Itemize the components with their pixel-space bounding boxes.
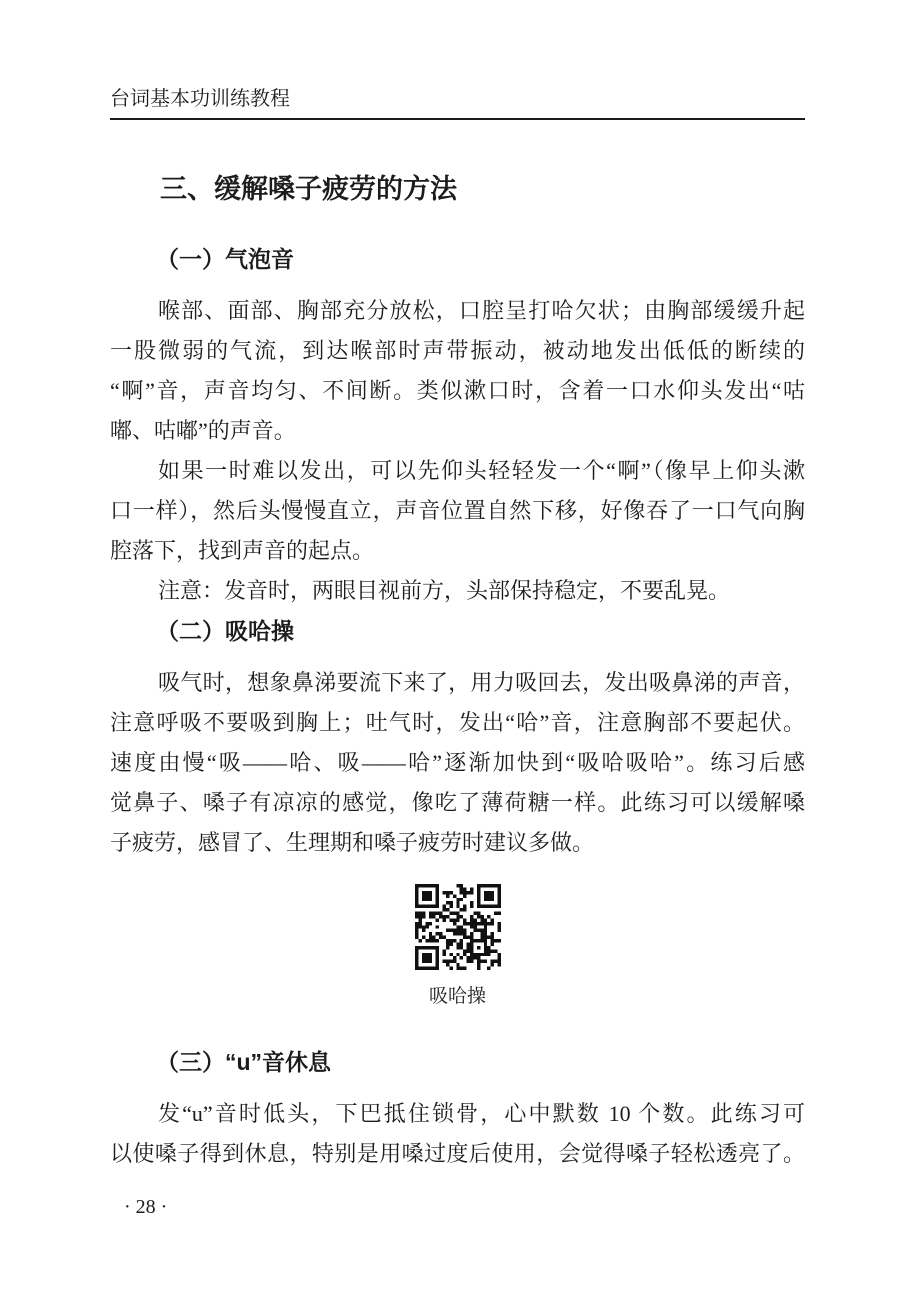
text-line: 吸气时，想象鼻涕要流下来了，用力吸回去，发出吸鼻涕的声音， [110,663,805,703]
text-line: 觉鼻子、嗓子有凉凉的感觉，像吃了薄荷糖一样。此练习可以缓解嗓 [110,783,805,823]
text-line: 腔落下，找到声音的起点。 [110,531,805,571]
section-heading-3: （三）“u”音休息 [110,1048,805,1076]
document-page: 台词基本功训练教程 三、缓解嗓子疲劳的方法 （一）气泡音 喉部、面部、胸部充分放… [0,0,924,1291]
page-number: · 28 · [110,1196,805,1218]
running-header-title: 台词基本功训练教程 [110,88,290,110]
text-line: 子疲劳，感冒了、生理期和嗓子疲劳时建议多做。 [110,823,805,863]
section-heading-1: （一）气泡音 [110,245,805,273]
text-line: 速度由慢“吸——哈、吸——哈”逐渐加快到“吸哈吸哈”。练习后感 [110,743,805,783]
text-line: 如果一时难以发出，可以先仰头轻轻发一个“啊”（像早上仰头漱 [110,451,805,491]
qr-code [415,884,501,970]
text-line: 以使嗓子得到休息，特别是用嗓过度后使用，会觉得嗓子轻松透亮了。 [110,1134,805,1174]
text-line: 注意呼吸不要吸到胸上；吐气时，发出“哈”音，注意胸部不要起伏。 [110,703,805,743]
chapter-title: 三、缓解嗓子疲劳的方法 [110,172,805,206]
text-line: 嘟、咕嘟”的声音。 [110,411,805,451]
running-header: 台词基本功训练教程 [110,88,805,120]
paragraph: 发“u”音时低头，下巴抵住锁骨，心中默数 10 个数。此练习可 以使嗓子得到休息… [110,1094,805,1174]
paragraph: 注意：发音时，两眼目视前方，头部保持稳定，不要乱晃。 [110,571,805,611]
paragraph: 吸气时，想象鼻涕要流下来了，用力吸回去，发出吸鼻涕的声音， 注意呼吸不要吸到胸上… [110,663,805,863]
text-line: 一股微弱的气流，到达喉部时声带振动，被动地发出低低的断续的 [110,331,805,371]
text-line: 喉部、面部、胸部充分放松，口腔呈打哈欠状；由胸部缓缓升起 [110,291,805,331]
text-line: 注意：发音时，两眼目视前方，头部保持稳定，不要乱晃。 [110,571,805,611]
qr-caption: 吸哈操 [110,986,805,1008]
qr-code-svg [415,884,501,970]
page-footer: · 28 · [110,1196,805,1218]
qr-figure: 吸哈操 [110,884,805,1008]
paragraph: 如果一时难以发出，可以先仰头轻轻发一个“啊”（像早上仰头漱 口一样），然后头慢慢… [110,451,805,571]
section-heading-2: （二）吸哈操 [110,617,805,645]
paragraph: 喉部、面部、胸部充分放松，口腔呈打哈欠状；由胸部缓缓升起 一股微弱的气流，到达喉… [110,291,805,451]
text-line: 口一样），然后头慢慢直立，声音位置自然下移，好像吞了一口气向胸 [110,491,805,531]
text-line: 发“u”音时低头，下巴抵住锁骨，心中默数 10 个数。此练习可 [110,1094,805,1134]
text-line: “啊”音，声音均匀、不间断。类似漱口时，含着一口水仰头发出“咕 [110,371,805,411]
